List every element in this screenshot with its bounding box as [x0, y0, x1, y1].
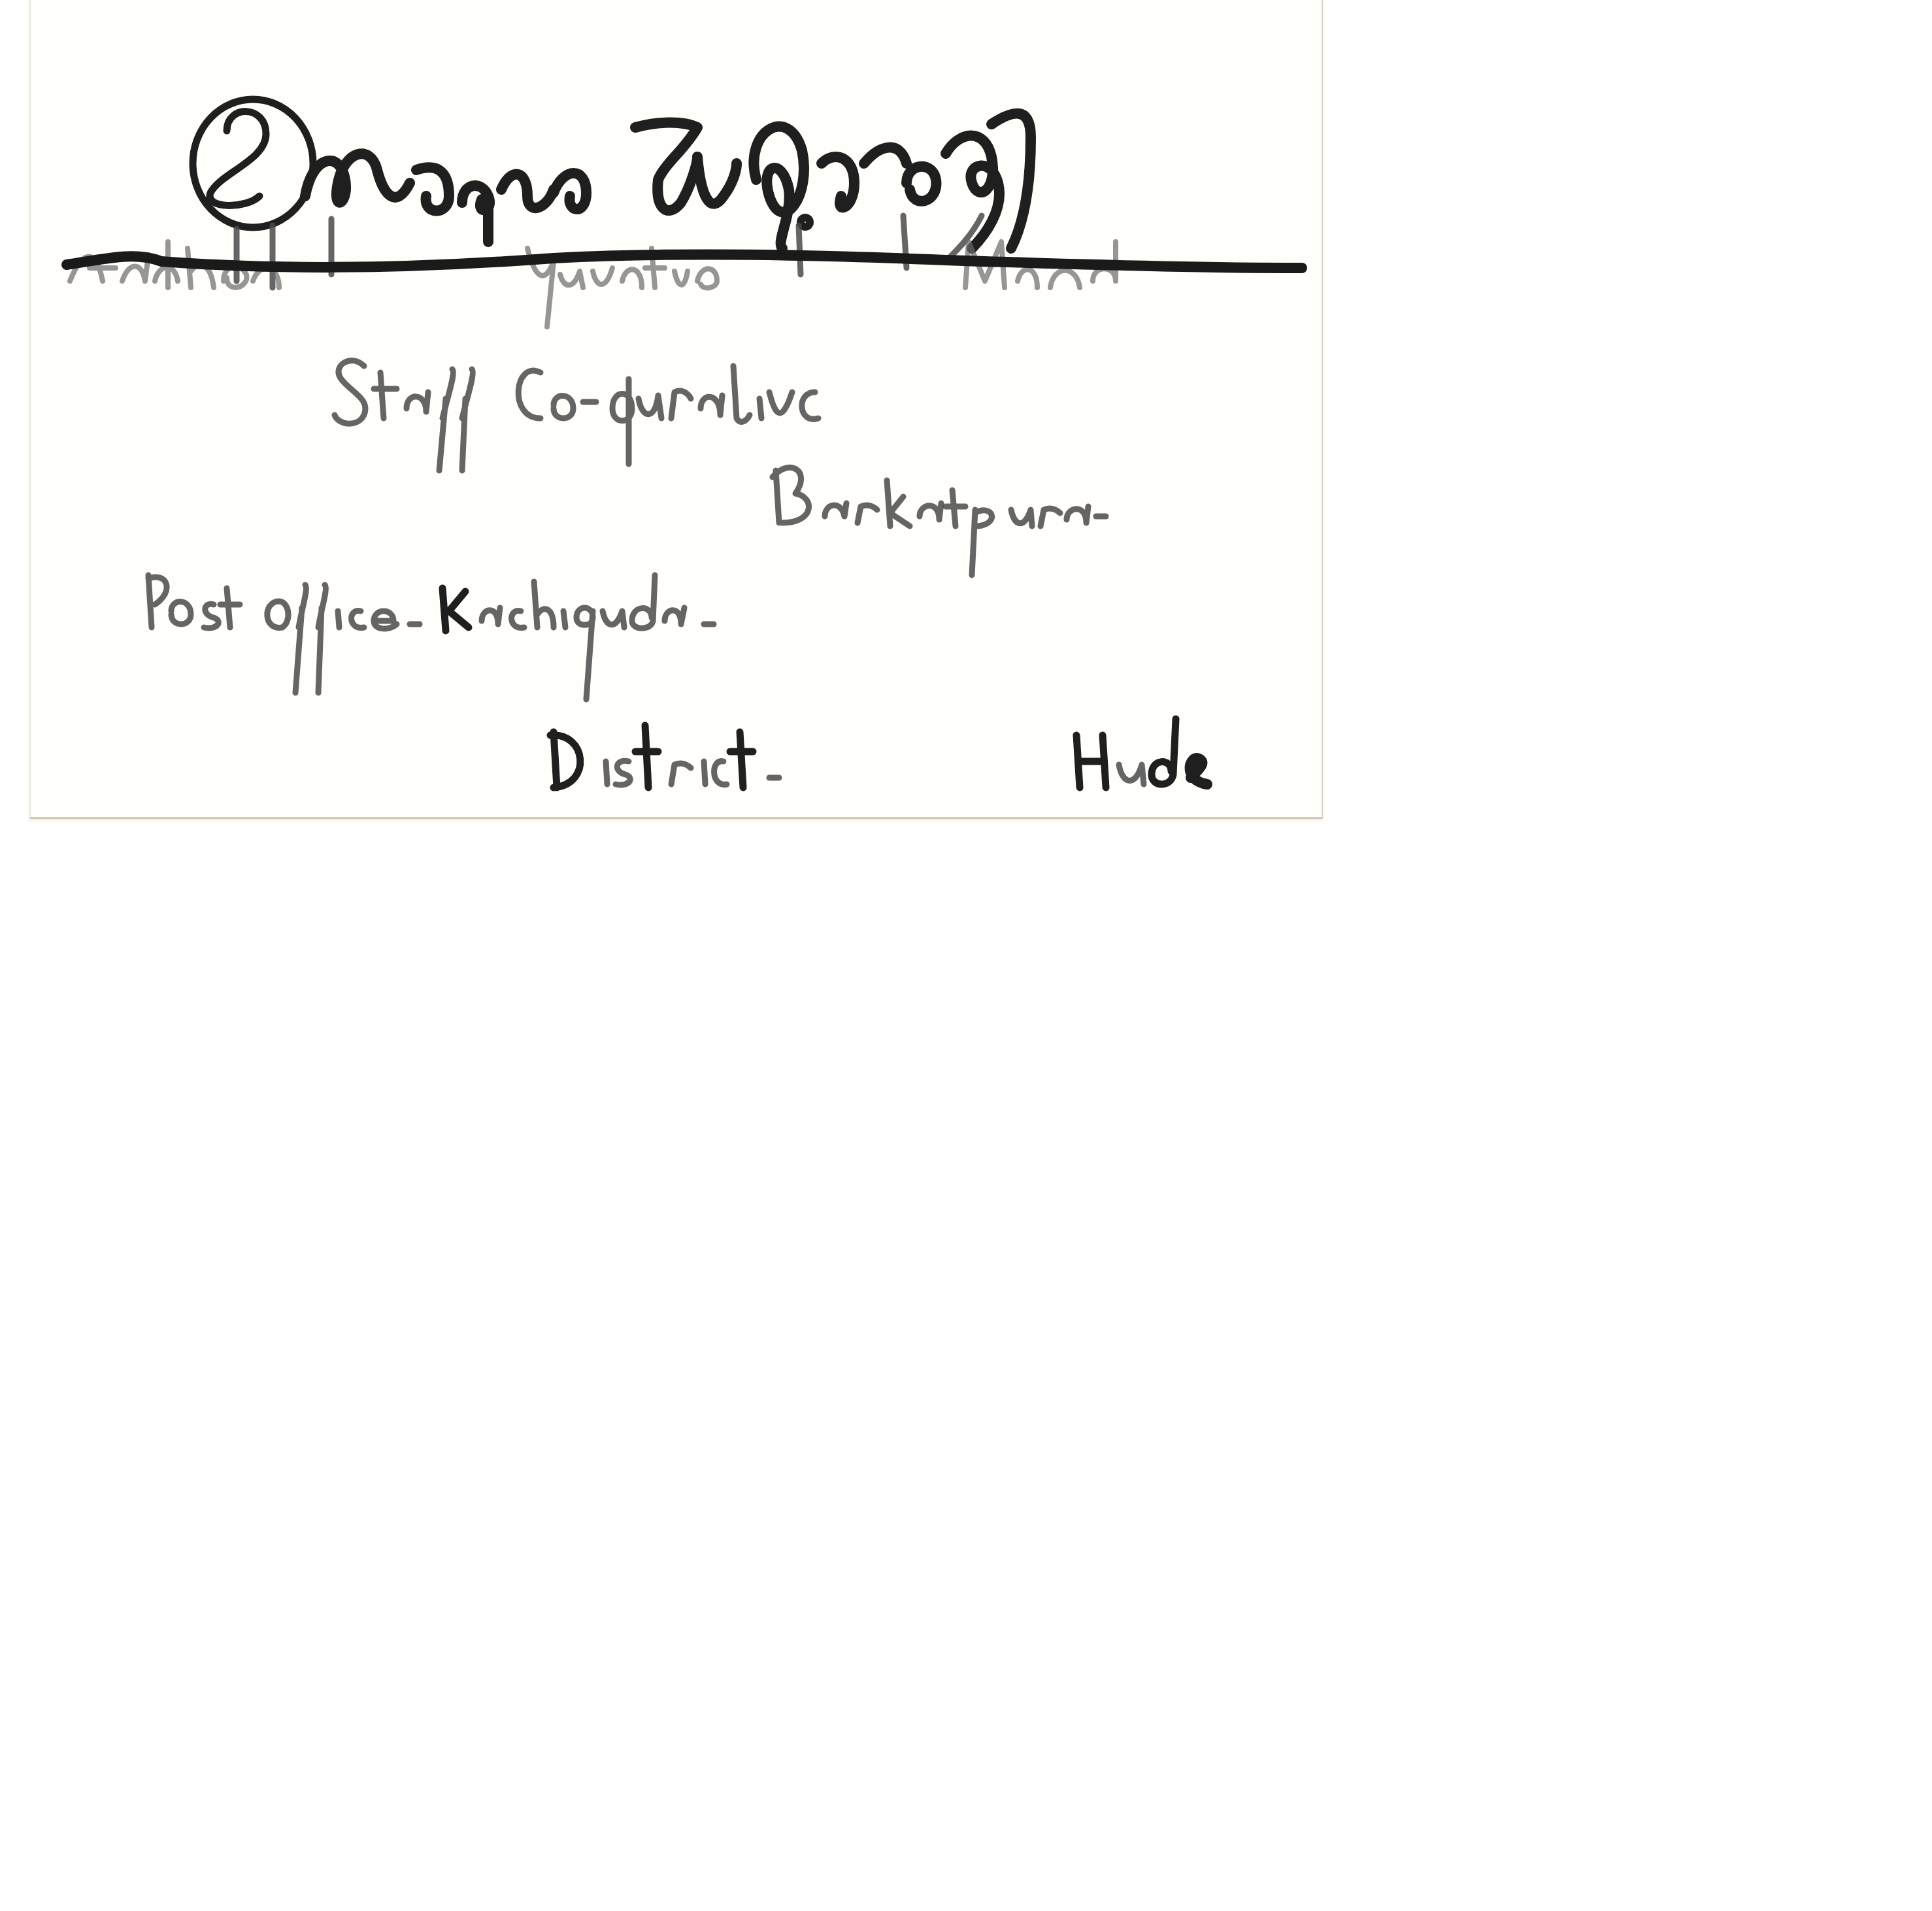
address-line-4: District - Hyde: [511, 725, 1323, 819]
address-line-2: Barkatpura -: [746, 461, 1323, 572]
struck-through-line: Andhra Yuvatee Mand: [73, 216, 1248, 314]
address-line-3: Post Office - Kachiguda -: [145, 575, 1323, 686]
address-card: ఆంధ్ర యువతీ మండలి Andhra Yuvatee Mand St…: [29, 0, 1323, 819]
page: ఆంధ్ర యువతీ మండలి Andhra Yuvatee Mand St…: [0, 0, 1932, 1911]
telugu-header: ఆంధ్ర యువతీ మండలి: [197, 98, 1323, 222]
address-line-1: Staff Co-operative: [335, 340, 1323, 451]
